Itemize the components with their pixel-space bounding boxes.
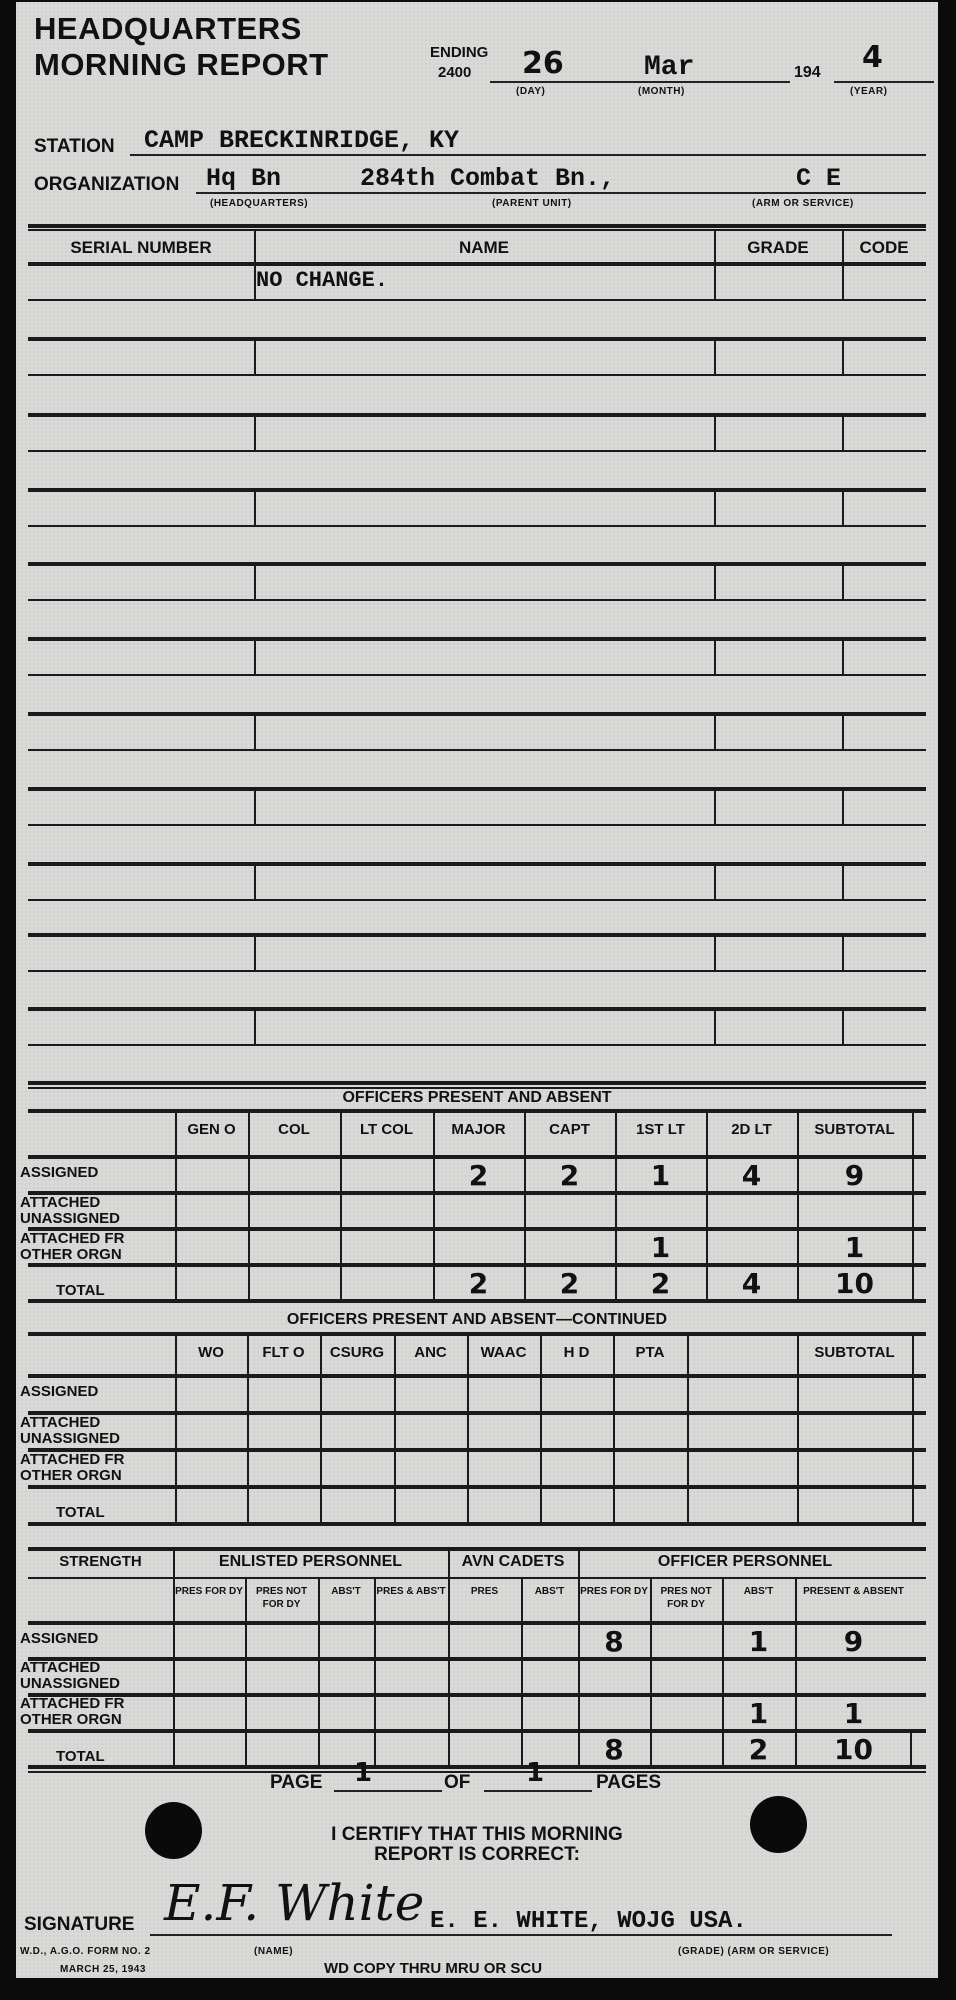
total-pages-underline	[484, 1790, 592, 1792]
page-label: PAGE	[270, 1772, 322, 1794]
col-divider	[842, 231, 844, 264]
count-cell[interactable]	[613, 1378, 687, 1409]
count-cell[interactable]	[245, 1733, 318, 1763]
count-cell[interactable]	[797, 1489, 912, 1520]
count-cell[interactable]: 1	[615, 1231, 706, 1261]
count-cell[interactable]	[797, 1415, 912, 1446]
count-cell[interactable]: 8	[578, 1625, 650, 1655]
row-rule	[28, 599, 926, 601]
count-cell[interactable]: 2	[615, 1267, 706, 1297]
col-header: LT COL	[340, 1121, 433, 1138]
col-header: PRES NOT FOR DY	[245, 1585, 318, 1611]
year-caption: (YEAR)	[850, 86, 887, 97]
arm-service-field[interactable]: C E	[796, 164, 841, 193]
row-rule	[28, 299, 926, 301]
group-rule	[28, 1577, 926, 1579]
code-cell[interactable]	[844, 492, 926, 524]
group-header: OFFICER PERSONNEL	[578, 1553, 912, 1571]
count-cell[interactable]: 1	[795, 1697, 912, 1727]
of-label: OF	[444, 1772, 470, 1794]
row-rule	[28, 1044, 926, 1046]
boxed-total-cell	[795, 1729, 912, 1767]
col-divider	[912, 1109, 914, 1299]
date-underline	[490, 81, 790, 83]
row-rule	[28, 749, 926, 751]
code-cell[interactable]	[844, 566, 926, 598]
routing-note: WD COPY THRU MRU OR SCU	[324, 1960, 542, 1977]
count-cell[interactable]: 9	[795, 1625, 912, 1655]
officers-title: OFFICERS PRESENT AND ABSENT	[28, 1089, 926, 1107]
name-cell[interactable]	[256, 417, 714, 449]
serial-number-cell[interactable]	[28, 716, 254, 748]
grade-cell[interactable]	[716, 417, 842, 449]
month-field[interactable]: Mar	[644, 52, 694, 83]
count-cell[interactable]	[173, 1661, 245, 1691]
count-cell[interactable]	[578, 1697, 650, 1727]
row-label: ATTACHED UNASSIGNED	[20, 1195, 160, 1227]
count-cell[interactable]	[521, 1697, 578, 1727]
grade-cell[interactable]	[716, 937, 842, 969]
count-cell[interactable]	[613, 1452, 687, 1483]
serial-number-cell[interactable]	[28, 791, 254, 823]
count-cell[interactable]	[448, 1733, 521, 1763]
name-cell[interactable]	[256, 716, 714, 748]
station-field[interactable]: CAMP BRECKINRIDGE, KY	[144, 126, 459, 155]
count-cell[interactable]	[524, 1231, 615, 1261]
code-cell[interactable]	[844, 937, 926, 969]
code-cell[interactable]	[844, 641, 926, 673]
count-cell[interactable]	[318, 1697, 374, 1727]
col-divider	[714, 231, 716, 264]
row-rule	[28, 374, 926, 376]
code-cell[interactable]	[844, 266, 926, 298]
count-cell[interactable]	[687, 1489, 797, 1520]
count-cell[interactable]	[374, 1697, 448, 1727]
count-cell[interactable]	[706, 1231, 797, 1261]
count-cell[interactable]	[524, 1195, 615, 1225]
col-header-code: CODE	[842, 238, 926, 258]
count-cell[interactable]	[797, 1378, 912, 1409]
count-cell[interactable]	[320, 1378, 394, 1409]
count-cell[interactable]: 2	[524, 1159, 615, 1189]
organization-label: ORGANIZATION	[34, 174, 179, 196]
count-cell[interactable]	[615, 1195, 706, 1225]
serial-number-cell[interactable]	[28, 1011, 254, 1043]
form-number: W.D., A.G.O. FORM NO. 2	[20, 1946, 151, 1957]
count-cell[interactable]	[540, 1415, 613, 1446]
count-cell[interactable]	[340, 1195, 433, 1225]
serial-number-cell[interactable]	[28, 937, 254, 969]
col-header-serial: SERIAL NUMBER	[28, 238, 254, 258]
entries-bottom-rule	[28, 1081, 926, 1085]
count-cell[interactable]	[247, 1489, 320, 1520]
col-header: PRESENT & ABSENT	[795, 1585, 912, 1598]
row-label: ASSIGNED	[20, 1165, 160, 1181]
serial-number-cell[interactable]	[28, 866, 254, 898]
count-cell[interactable]	[248, 1195, 340, 1225]
form-title-line1: HEADQUARTERS	[34, 12, 302, 46]
table-top-rule	[28, 1109, 926, 1113]
row-label: ATTACHED FR OTHER ORGN	[20, 1452, 160, 1484]
officers-continued-title: OFFICERS PRESENT AND ABSENT—CONTINUED	[28, 1311, 926, 1329]
table-top-rule	[28, 1332, 926, 1336]
grade-cell[interactable]	[716, 791, 842, 823]
count-cell[interactable]	[467, 1378, 540, 1409]
col-header: WO	[175, 1344, 247, 1361]
count-cell[interactable]	[722, 1661, 795, 1691]
col-header: ABS'T	[521, 1585, 578, 1598]
count-cell[interactable]	[320, 1452, 394, 1483]
col-header: MAJOR	[433, 1121, 524, 1138]
col-header: 1ST LT	[615, 1121, 706, 1138]
code-cell[interactable]	[844, 716, 926, 748]
form-date: MARCH 25, 1943	[60, 1964, 146, 1975]
count-cell[interactable]	[394, 1489, 467, 1520]
col-header-grade: GRADE	[714, 238, 842, 258]
entries-top-rule	[28, 224, 926, 228]
serial-number-cell[interactable]	[28, 341, 254, 373]
count-cell[interactable]	[247, 1452, 320, 1483]
count-cell[interactable]	[540, 1452, 613, 1483]
col-header: SUBTOTAL	[797, 1344, 912, 1361]
col-header: PRES	[448, 1585, 521, 1598]
count-cell[interactable]	[578, 1661, 650, 1691]
grade-cell[interactable]	[716, 266, 842, 298]
count-cell[interactable]	[433, 1231, 524, 1261]
count-cell[interactable]	[795, 1661, 912, 1691]
count-cell[interactable]	[467, 1452, 540, 1483]
count-cell[interactable]: 1	[615, 1159, 706, 1189]
count-cell[interactable]	[394, 1452, 467, 1483]
count-cell[interactable]	[248, 1267, 340, 1297]
count-cell[interactable]	[540, 1378, 613, 1409]
count-cell[interactable]	[175, 1267, 248, 1297]
count-cell[interactable]	[467, 1415, 540, 1446]
year-prefix: 194	[794, 64, 821, 82]
count-cell[interactable]	[340, 1159, 433, 1189]
grade-cell[interactable]	[716, 641, 842, 673]
grade-cell[interactable]	[716, 566, 842, 598]
table-row-rule	[28, 1522, 926, 1526]
code-cell[interactable]	[844, 341, 926, 373]
col-header: GEN O	[175, 1121, 248, 1138]
group-header: ENLISTED PERSONNEL	[173, 1553, 448, 1571]
col-header: CAPT	[524, 1121, 615, 1138]
certify-line2: REPORT IS CORRECT:	[28, 1844, 926, 1866]
count-cell[interactable]	[650, 1697, 722, 1727]
col-header: ANC	[394, 1344, 467, 1361]
pages-label: PAGES	[596, 1772, 661, 1794]
count-cell[interactable]	[650, 1661, 722, 1691]
row-rule	[28, 899, 926, 901]
headquarters-caption: (HEADQUARTERS)	[210, 198, 308, 209]
row-rule	[28, 824, 926, 826]
count-cell[interactable]: 2	[524, 1267, 615, 1297]
row-rule	[28, 450, 926, 452]
parent-unit-caption: (PARENT UNIT)	[492, 198, 572, 209]
table-top-rule	[28, 1547, 926, 1551]
col-header: 2D LT	[706, 1121, 797, 1138]
col-header: PTA	[613, 1344, 687, 1361]
count-cell[interactable]: 1	[722, 1697, 795, 1727]
count-cell[interactable]	[173, 1625, 245, 1655]
code-cell[interactable]	[844, 866, 926, 898]
serial-number-cell[interactable]	[28, 417, 254, 449]
count-cell[interactable]	[318, 1625, 374, 1655]
grade-cell[interactable]	[716, 716, 842, 748]
row-label: ATTACHED UNASSIGNED	[20, 1660, 160, 1692]
count-cell[interactable]: 10	[797, 1267, 912, 1297]
col-header: PRES FOR DY	[578, 1585, 650, 1598]
count-cell[interactable]	[374, 1661, 448, 1691]
col-header-name: NAME	[254, 238, 714, 258]
col-header: SUBTOTAL	[797, 1121, 912, 1138]
col-header: COL	[248, 1121, 340, 1138]
col-header: ABS'T	[722, 1585, 795, 1598]
morning-report-form: HEADQUARTERS MORNING REPORT ENDING 2400 …	[16, 2, 938, 1978]
count-cell[interactable]	[613, 1415, 687, 1446]
row-label: ATTACHED FR OTHER ORGN	[20, 1696, 160, 1728]
count-cell[interactable]: 2	[433, 1267, 524, 1297]
col-header: PRES FOR DY	[173, 1585, 245, 1598]
count-cell[interactable]	[394, 1415, 467, 1446]
ending-label: ENDING	[430, 44, 488, 61]
col-header: PRES NOT FOR DY	[650, 1585, 722, 1611]
name-cell[interactable]	[256, 791, 714, 823]
name-cell[interactable]	[256, 866, 714, 898]
count-cell[interactable]	[247, 1415, 320, 1446]
count-cell[interactable]	[687, 1452, 797, 1483]
count-cell[interactable]	[320, 1489, 394, 1520]
grade-cell[interactable]	[716, 341, 842, 373]
boxed-total-cell	[374, 1729, 450, 1767]
group-header: AVN CADETS	[448, 1553, 578, 1571]
col-header: H D	[540, 1344, 613, 1361]
row-rule	[28, 525, 926, 527]
serial-number-cell[interactable]	[28, 266, 254, 298]
row-rule	[28, 970, 926, 972]
count-cell[interactable]	[467, 1489, 540, 1520]
count-cell[interactable]	[540, 1489, 613, 1520]
row-label: ATTACHED FR OTHER ORGN	[20, 1231, 160, 1263]
name-cell[interactable]	[256, 641, 714, 673]
count-cell[interactable]: 4	[706, 1159, 797, 1189]
count-cell[interactable]	[797, 1195, 912, 1225]
count-cell[interactable]	[687, 1378, 797, 1409]
count-cell[interactable]	[320, 1415, 394, 1446]
row-label: ASSIGNED	[20, 1384, 160, 1400]
count-cell[interactable]	[175, 1452, 247, 1483]
count-cell[interactable]	[245, 1697, 318, 1727]
grade-cell[interactable]	[716, 1011, 842, 1043]
count-cell[interactable]	[650, 1733, 722, 1763]
count-cell[interactable]: 1	[797, 1231, 912, 1261]
name-cell[interactable]	[256, 566, 714, 598]
page-underline	[334, 1790, 442, 1792]
count-cell[interactable]	[448, 1697, 521, 1727]
count-cell[interactable]	[173, 1697, 245, 1727]
signature-typed-name[interactable]: E. E. WHITE, WOJG USA.	[430, 1908, 747, 1935]
year-field[interactable]: 4	[862, 40, 883, 75]
count-cell[interactable]	[521, 1661, 578, 1691]
col-header: ABS'T	[318, 1585, 374, 1598]
count-cell[interactable]	[248, 1231, 340, 1261]
grade-cell[interactable]	[716, 492, 842, 524]
entries-top-rule-2	[28, 229, 926, 231]
total-pages[interactable]: 1	[526, 1758, 544, 1788]
name-cell[interactable]	[256, 1011, 714, 1043]
count-cell[interactable]: 9	[797, 1159, 912, 1189]
day-field[interactable]: 26	[522, 46, 564, 81]
count-cell[interactable]	[448, 1625, 521, 1655]
row-rule	[28, 674, 926, 676]
count-cell[interactable]	[433, 1195, 524, 1225]
name-caption: (NAME)	[254, 1946, 293, 1957]
code-cell[interactable]	[844, 791, 926, 823]
code-cell[interactable]	[844, 1011, 926, 1043]
count-cell[interactable]: 2	[433, 1159, 524, 1189]
col-header: WAAC	[467, 1344, 540, 1361]
count-cell[interactable]	[521, 1625, 578, 1655]
col-divider	[912, 1332, 914, 1522]
name-cell[interactable]	[256, 266, 714, 298]
certify-line1: I CERTIFY THAT THIS MORNING	[28, 1824, 926, 1846]
row-label: ASSIGNED	[20, 1631, 160, 1647]
count-cell[interactable]	[175, 1195, 248, 1225]
grade-caption: (GRADE) (ARM OR SERVICE)	[678, 1946, 829, 1957]
headquarters-field[interactable]: Hq Bn	[206, 164, 281, 193]
count-cell[interactable]: 1	[722, 1625, 795, 1655]
table-row-rule	[28, 1765, 926, 1769]
serial-number-cell[interactable]	[28, 566, 254, 598]
grade-cell[interactable]	[716, 866, 842, 898]
table-bottom-rule	[28, 1771, 926, 1773]
day-caption: (DAY)	[516, 86, 545, 97]
ending-time: 2400	[438, 64, 471, 81]
count-cell[interactable]	[248, 1159, 340, 1189]
col-header: FLT O	[247, 1344, 320, 1361]
year-underline	[834, 81, 934, 83]
count-cell[interactable]	[245, 1625, 318, 1655]
count-cell[interactable]	[340, 1267, 433, 1297]
serial-number-cell[interactable]	[28, 492, 254, 524]
col-header: CSURG	[320, 1344, 394, 1361]
count-cell[interactable]	[706, 1195, 797, 1225]
count-cell[interactable]	[394, 1378, 467, 1409]
count-cell[interactable]	[687, 1415, 797, 1446]
signature-handwritten[interactable]: E.F. White	[164, 1874, 424, 1932]
month-caption: (MONTH)	[638, 86, 685, 97]
form-title-line2: MORNING REPORT	[34, 48, 329, 82]
count-cell[interactable]	[175, 1489, 247, 1520]
count-cell[interactable]	[340, 1231, 433, 1261]
arm-service-caption: (ARM OR SERVICE)	[752, 198, 854, 209]
serial-number-cell[interactable]	[28, 641, 254, 673]
col-divider	[254, 231, 256, 264]
parent-unit-field[interactable]: 284th Combat Bn.,	[360, 164, 615, 193]
name-cell[interactable]	[256, 341, 714, 373]
strength-label: STRENGTH	[28, 1553, 173, 1570]
count-cell[interactable]: 8	[578, 1733, 650, 1763]
count-cell[interactable]	[173, 1733, 245, 1763]
count-cell[interactable]	[650, 1625, 722, 1655]
name-cell[interactable]	[256, 492, 714, 524]
col-header: PRES & ABS'T	[374, 1585, 448, 1598]
count-cell[interactable]	[175, 1415, 247, 1446]
count-cell[interactable]	[797, 1452, 912, 1483]
count-cell[interactable]	[175, 1159, 248, 1189]
count-cell[interactable]	[175, 1231, 248, 1261]
signature-label: SIGNATURE	[24, 1914, 134, 1936]
count-cell[interactable]: 4	[706, 1267, 797, 1297]
code-cell[interactable]	[844, 417, 926, 449]
name-cell[interactable]	[256, 937, 714, 969]
count-cell[interactable]: 2	[722, 1733, 795, 1763]
row-label: ATTACHED UNASSIGNED	[20, 1415, 160, 1447]
count-cell[interactable]	[245, 1661, 318, 1691]
count-cell[interactable]	[448, 1661, 521, 1691]
count-cell[interactable]	[374, 1625, 448, 1655]
count-cell[interactable]	[175, 1378, 247, 1409]
count-cell[interactable]	[318, 1661, 374, 1691]
station-label: STATION	[34, 136, 115, 158]
count-cell[interactable]	[247, 1378, 320, 1409]
count-cell[interactable]	[613, 1489, 687, 1520]
page-number[interactable]: 1	[354, 1758, 372, 1788]
